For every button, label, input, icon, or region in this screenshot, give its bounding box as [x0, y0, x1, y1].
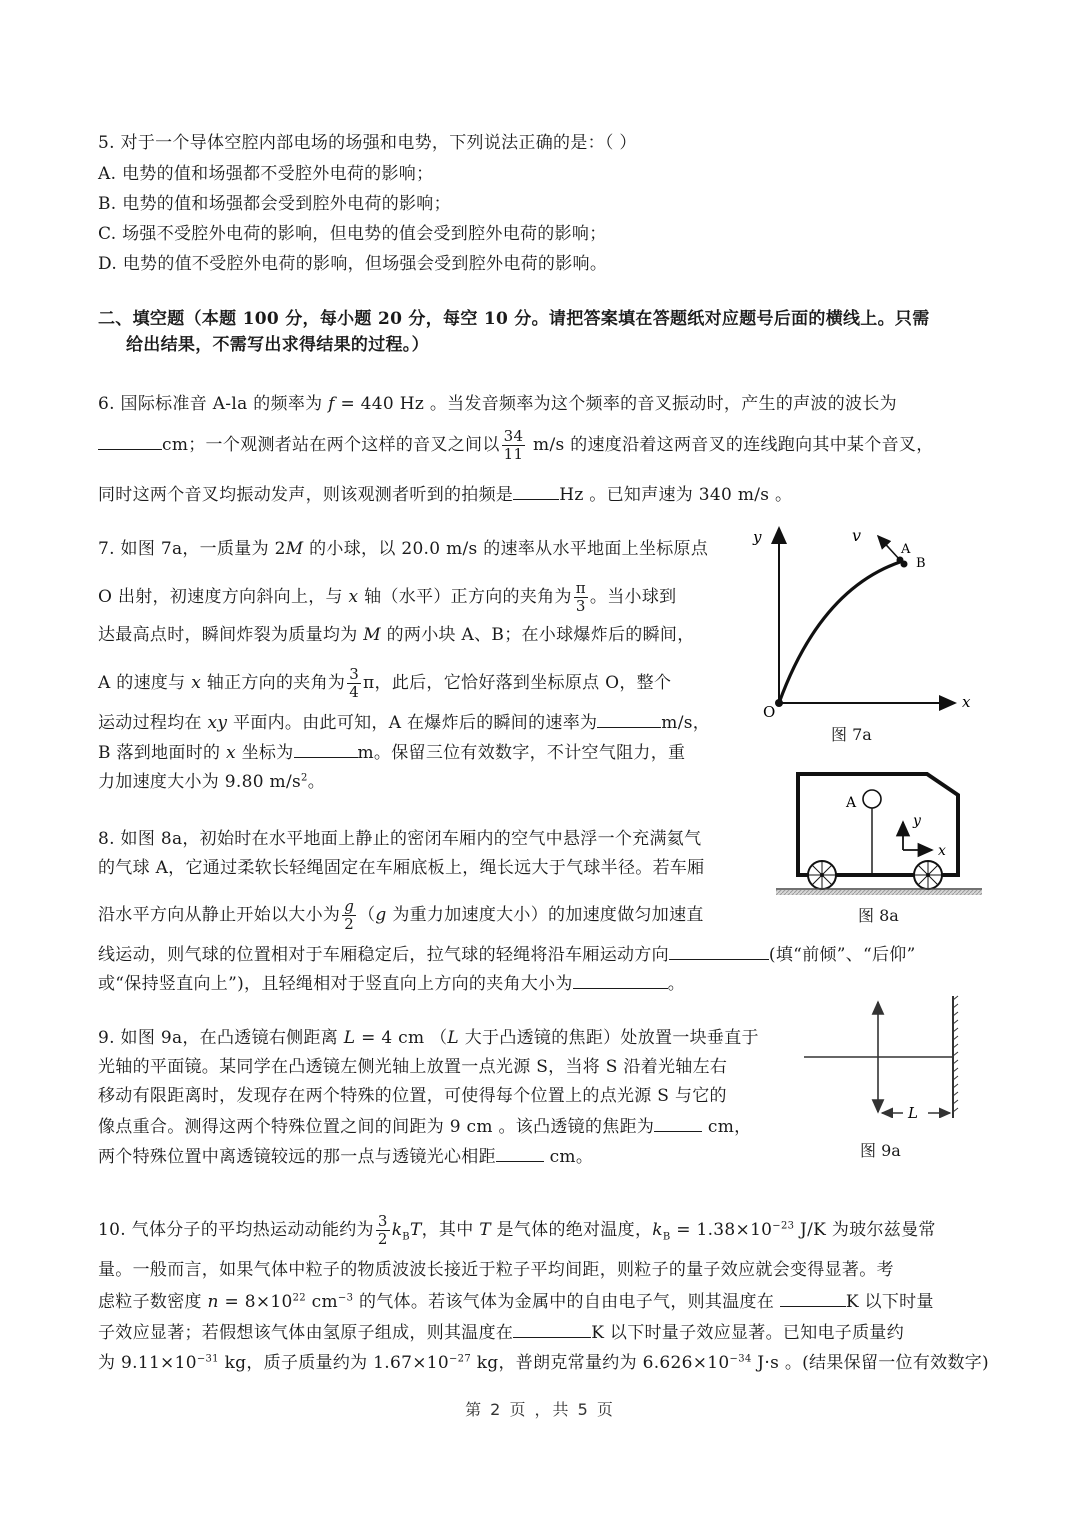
text: cm。	[544, 1147, 593, 1167]
text: A 的速度与	[98, 673, 191, 693]
lens-mirror-diagram: L	[800, 988, 985, 1118]
projectile-trajectory-diagram: y x O v A B	[745, 520, 990, 750]
text: 。当小球到	[590, 587, 677, 607]
var-x: x	[226, 743, 236, 763]
text: 9. 如图 9a，在凸透镜右侧距离	[98, 1028, 344, 1048]
svg-text:x: x	[962, 693, 971, 711]
var-M: M	[286, 539, 304, 559]
text: K 以下时量子效应显著。已知电子质量约	[591, 1323, 904, 1343]
wheel-left	[808, 861, 836, 889]
q6-line-3: 同时这两个音叉均振动发声，则该观测者听到的拍频是Hz 。已知声速为 340 m/…	[98, 483, 792, 506]
text: 的小球，以 20.0 m/s 的速率从水平地面上坐标原点	[303, 539, 708, 559]
balloon	[863, 790, 881, 808]
svg-text:x: x	[938, 843, 946, 859]
page-number: 第 2 页 ，共 5 页	[0, 1397, 1080, 1420]
var-x: x	[191, 673, 201, 693]
text: Hz 。已知声速为 340 m/s 。	[559, 485, 792, 505]
var-n: n	[208, 1292, 219, 1312]
text: m/s，	[661, 713, 710, 733]
text: 坐标为	[236, 743, 294, 763]
svg-text:A: A	[900, 542, 911, 557]
q7-line-3: 达最高点时，瞬间炸裂为质量均为 M 的两小块 A、B；在小球爆炸后的瞬间，	[98, 624, 695, 646]
var-xy: xy	[208, 713, 228, 733]
var-f: f	[328, 394, 335, 414]
text: 两个特殊位置中离透镜较远的那一点与透镜光心相距	[98, 1147, 496, 1167]
q7-line-4: A 的速度与 x 轴正方向的夹角为34π，此后，它恰好落到坐标原点 O，整个	[98, 666, 671, 701]
section-2-title: 二、填空题（本题 100 分，每小题 20 分，每空 10 分。请把答案填在答题…	[98, 308, 930, 330]
trajectory-curve	[779, 562, 900, 703]
text: = 440 Hz 。当发音频率为这个频率的音叉振动时，产生的声波的波长为	[335, 394, 897, 414]
svg-text:v: v	[852, 526, 861, 545]
text: 虑粒子数密度	[98, 1292, 208, 1312]
wheel-right	[914, 861, 942, 889]
text: 。	[668, 974, 685, 994]
var-x: x	[349, 587, 359, 607]
text: 轴（水平）正方向的夹角为	[358, 587, 571, 607]
q10-line-2: 量。一般而言，如果气体中粒子的物质波波长接近于粒子平均间距，则粒子的量子效应就会…	[98, 1259, 894, 1281]
text: m/s 的速度沿着这两音叉的连线跑向其中某个音叉，	[527, 435, 933, 455]
text: cm；一个观测者站在两个这样的音叉之间以	[162, 435, 500, 455]
q9-line-3: 移动有限距离时，发现存在两个特殊的位置，可使得每个位置上的点光源 S 与它的	[98, 1085, 727, 1107]
answer-blank-2[interactable]	[573, 972, 668, 989]
text: m。保留三位有效数字，不计空气阻力，重	[358, 743, 686, 763]
q7-line-6: B 落到地面时的 x 坐标为m。保留三位有效数字，不计空气阻力，重	[98, 741, 685, 764]
pi-symbol: π	[363, 673, 374, 693]
car-body	[798, 774, 958, 875]
text: 大于凸透镜的焦距）处放置一块垂直于	[459, 1028, 759, 1048]
var-L: L	[344, 1028, 356, 1048]
text: 子效应显著；若假想该气体由氢原子组成，则其温度在	[98, 1323, 513, 1343]
text: K 以下时量	[846, 1292, 934, 1312]
var-T: T	[479, 1220, 491, 1240]
text: 10. 气体分子的平均热运动动能约为	[98, 1220, 374, 1240]
text: 沿水平方向从静止开始以大小为	[98, 905, 340, 925]
figure-8a-caption: 图 8a	[858, 903, 899, 926]
text: kg，质子质量约为 1.67×10	[219, 1353, 449, 1373]
q5-option-c: C. 场强不受腔外电荷的影响，但电势的值会受到腔外电荷的影响；	[98, 223, 607, 245]
text: = 1.38×10	[671, 1220, 773, 1240]
svg-text:L: L	[907, 1104, 918, 1118]
denominator: 11	[502, 446, 526, 463]
q8-line-2: 的气球 A，它通过柔软长轻绳固定在车厢底板上，绳长远大于气球半径。若车厢	[98, 857, 704, 879]
var-L: L	[447, 1028, 459, 1048]
svg-text:y: y	[912, 813, 922, 829]
svg-text:O: O	[763, 703, 775, 721]
q7-line-5: 运动过程均在 xy 平面内。由此可知，A 在爆炸后的瞬间的速率为m/s，	[98, 711, 710, 734]
var-g: g	[375, 905, 386, 925]
text: 是气体的绝对温度，	[491, 1220, 652, 1240]
q5-stem: 5. 对于一个导体空腔内部电场的场强和电势，下列说法正确的是：（ ）	[98, 132, 637, 154]
text: (填“前倾”、“后仰”	[769, 945, 916, 965]
svg-text:y: y	[752, 528, 762, 546]
q6-line-2: cm；一个观测者站在两个这样的音叉之间以3411 m/s 的速度沿着这两音叉的连…	[98, 428, 934, 463]
text: cm，	[702, 1117, 751, 1137]
superscript: 2	[301, 772, 308, 783]
denominator: 4	[347, 684, 361, 701]
text: J·s 。(结果保留一位有效数字)	[752, 1353, 989, 1373]
superscript: −31	[197, 1353, 219, 1364]
figure-8a: A y x 图 8a	[770, 765, 985, 930]
figure-7a-caption: 图 7a	[831, 722, 872, 745]
answer-blank-1[interactable]	[597, 711, 661, 728]
q7-line-1: 7. 如图 7a，一质量为 2M 的小球，以 20.0 m/s 的速率从水平地面…	[98, 538, 708, 560]
q9-line-1: 9. 如图 9a，在凸透镜右侧距离 L = 4 cm （L 大于凸透镜的焦距）处…	[98, 1027, 759, 1049]
numerator: g	[342, 898, 356, 916]
subscript: B	[663, 1231, 671, 1242]
text: （	[358, 905, 375, 925]
var-k: k	[652, 1220, 663, 1240]
numerator: 34	[502, 428, 526, 446]
q8-line-5: 或“保持竖直向上”)，且轻绳相对于竖直向上方向的夹角大小为。	[98, 972, 685, 995]
text: 为 9.11×10	[98, 1353, 197, 1373]
text: 达最高点时，瞬间炸裂为质量均为	[98, 625, 363, 645]
q9-line-5: 两个特殊位置中离透镜较远的那一点与透镜光心相距 cm。	[98, 1145, 593, 1168]
answer-blank-1[interactable]	[669, 943, 769, 960]
text: 平面内。由此可知，A 在爆炸后的瞬间的速率为	[227, 713, 597, 733]
numerator: 3	[376, 1213, 390, 1231]
var-k: k	[392, 1220, 403, 1240]
q10-line-1: 10. 气体分子的平均热运动动能约为32kBT，其中 T 是气体的绝对温度，kB…	[98, 1213, 936, 1248]
fraction-3-4: 34	[347, 666, 361, 701]
superscript: −23	[772, 1220, 794, 1231]
q5-option-b: B. 电势的值和场强都会受到腔外电荷的影响；	[98, 193, 451, 215]
superscript: 22	[293, 1292, 306, 1303]
text: ，其中	[422, 1220, 480, 1240]
q9-line-4: 像点重合。测得这两个特殊位置之间的间距为 9 cm 。该凸透镜的焦距为 cm，	[98, 1115, 751, 1138]
svg-text:B: B	[916, 556, 926, 571]
text: = 8×10	[219, 1292, 293, 1312]
q8-line-4: 线运动，则气球的位置相对于车厢稳定后，拉气球的轻绳将沿车厢运动方向(填“前倾”、…	[98, 943, 916, 966]
q10-line-5: 为 9.11×10−31 kg，质子质量约为 1.67×10−27 kg，普朗克…	[98, 1352, 989, 1374]
fraction-34-11: 3411	[502, 428, 526, 463]
text: 。	[308, 772, 325, 792]
answer-blank-1[interactable]	[98, 433, 162, 450]
text: 7. 如图 7a，一质量为 2	[98, 539, 286, 559]
svg-text:A: A	[845, 795, 857, 811]
q10-line-4: 子效应显著；若假想该气体由氢原子组成，则其温度在K 以下时量子效应显著。已知电子…	[98, 1321, 904, 1344]
denominator: 3	[574, 598, 588, 615]
text: = 4 cm （	[355, 1028, 447, 1048]
text: 的气体。若该气体为金属中的自由电子气，则其温度在	[353, 1292, 780, 1312]
figure-9a-caption: 图 9a	[860, 1138, 901, 1161]
text: 运动过程均在	[98, 713, 208, 733]
q7-line-7: 力加速度大小为 9.80 m/s2。	[98, 771, 325, 793]
fraction-3-2: 32	[376, 1213, 390, 1248]
q5-option-d: D. 电势的值不受腔外电荷的影响，但场强会受到腔外电荷的影响。	[98, 253, 607, 275]
text: 力加速度大小为 9.80 m/s	[98, 772, 301, 792]
superscript: −34	[730, 1353, 752, 1364]
text: 6. 国际标准音 A-la 的频率为	[98, 394, 328, 414]
superscript: −3	[338, 1292, 353, 1303]
answer-blank-2[interactable]	[513, 483, 559, 500]
q6-line-1: 6. 国际标准音 A-la 的频率为 f = 440 Hz 。当发音频率为这个频…	[98, 393, 897, 415]
answer-blank-2[interactable]	[496, 1145, 544, 1162]
fraction-pi-3: π3	[574, 580, 588, 615]
text: 像点重合。测得这两个特殊位置之间的间距为 9 cm 。该凸透镜的焦距为	[98, 1117, 654, 1137]
text: 线运动，则气球的位置相对于车厢稳定后，拉气球的轻绳将沿车厢运动方向	[98, 945, 669, 965]
text: B 落到地面时的	[98, 743, 226, 763]
answer-blank-1[interactable]	[780, 1290, 846, 1307]
text: 的两小块 A、B；在小球爆炸后的瞬间，	[381, 625, 695, 645]
denominator: 2	[342, 916, 356, 933]
superscript: −27	[449, 1353, 471, 1364]
var-T: T	[410, 1220, 422, 1240]
text: 同时这两个音叉均振动发声，则该观测者听到的拍频是	[98, 485, 513, 505]
q9-line-2: 光轴的平面镜。某同学在凸透镜左侧光轴上放置一点光源 S，当将 S 沿着光轴左右	[98, 1056, 727, 1078]
numerator: 3	[347, 666, 361, 684]
fraction-g-2: g2	[342, 898, 356, 933]
answer-blank-2[interactable]	[294, 741, 358, 758]
q5-option-a: A. 电势的值和场强都不受腔外电荷的影响；	[98, 163, 433, 185]
text: cm	[306, 1292, 338, 1312]
denominator: 2	[376, 1231, 390, 1248]
text: 或“保持竖直向上”)，且轻绳相对于竖直向上方向的夹角大小为	[98, 974, 573, 994]
q10-line-3: 虑粒子数密度 n = 8×1022 cm−3 的气体。若该气体为金属中的自由电子…	[98, 1290, 934, 1313]
subscript: B	[402, 1231, 410, 1242]
text: kg，普朗克常量约为 6.626×10	[471, 1353, 730, 1373]
answer-blank-2[interactable]	[513, 1321, 591, 1338]
text: ，此后，它恰好落到坐标原点 O，整个	[375, 673, 672, 693]
text: O 出射，初速度方向斜向上，与	[98, 587, 349, 607]
var-M: M	[363, 625, 381, 645]
q8-line-3: 沿水平方向从静止开始以大小为g2（g 为重力加速度大小）的加速度做匀加速直	[98, 898, 704, 933]
section-2-title-cont: 给出结果，不需写出求得结果的过程。）	[126, 334, 429, 356]
text: 轴正方向的夹角为	[201, 673, 345, 693]
numerator: π	[574, 580, 588, 598]
velocity-arrow	[878, 536, 900, 560]
answer-blank-1[interactable]	[654, 1115, 702, 1132]
q8-line-1: 8. 如图 8a，初始时在水平地面上静止的密闭车厢内的空气中悬浮一个充满氦气	[98, 828, 701, 850]
text: J/K 为玻尔兹曼常	[794, 1220, 935, 1240]
text: 为重力加速度大小）的加速度做匀加速直	[387, 905, 704, 925]
figure-7a: y x O v A B 图 7a	[745, 520, 990, 750]
figure-9a: L 图 9a	[800, 988, 985, 1163]
q7-line-2: O 出射，初速度方向斜向上，与 x 轴（水平）正方向的夹角为π3。当小球到	[98, 580, 676, 615]
